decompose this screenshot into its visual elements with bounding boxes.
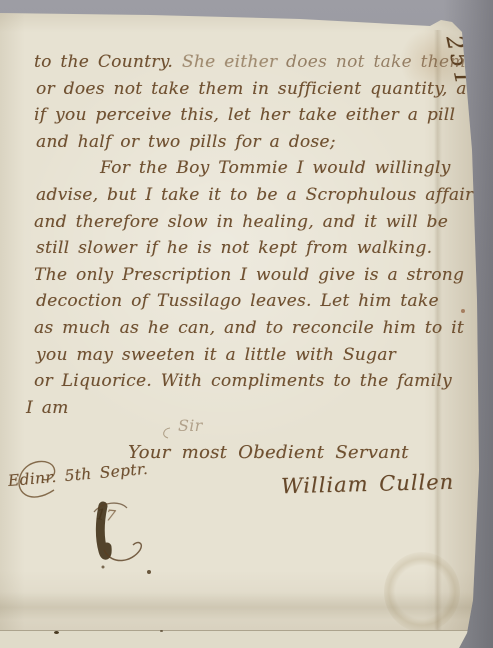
salutation: Sir [178, 416, 203, 435]
body-line: still slower if he is not kept from walk… [36, 235, 446, 262]
salutation-flourish [164, 428, 170, 438]
letter-body: to the Country. She either does not take… [34, 49, 446, 395]
body-line: or does not take them in sufficient quan… [36, 76, 446, 103]
line-fragment: does not take them at all [286, 52, 493, 72]
ink-speck [54, 631, 59, 634]
page-edge-seam [0, 630, 470, 648]
body-line: to the Country. She either does not take… [34, 49, 446, 76]
ink-drip [102, 566, 105, 569]
faded-line-fragment: She either [182, 52, 286, 72]
line-fragment: to the Country. [34, 52, 182, 72]
year-fragment: 17 [95, 505, 116, 525]
photo-backdrop: 251 to the Country. She either does not … [0, 0, 493, 648]
i-am-line: I am [26, 398, 69, 418]
rust-speck [461, 309, 465, 313]
body-line: if you perceive this, let her take eithe… [34, 102, 446, 129]
body-line: you may sweeten it a little with Sugar [36, 342, 446, 369]
body-line: and half or two pills for a dose; [36, 129, 446, 156]
body-line: advise, but I take it to be a Scrophulou… [36, 182, 446, 209]
body-line: or Liquorice. With compliments to the fa… [34, 368, 446, 395]
body-line: decoction of Tussilago leaves. Let him t… [36, 288, 446, 315]
signature-william-cullen: William Cullen [281, 470, 455, 499]
ink-drip [147, 570, 151, 574]
body-line: as much as he can, and to reconcile him … [34, 315, 446, 342]
ink-speck [160, 630, 163, 632]
body-line: The only Prescription I would give is a … [34, 262, 446, 289]
dateline: Edinr. 5th Septr. [7, 460, 148, 490]
valediction: Your most Obedient Servant [128, 442, 409, 463]
body-line: For the Boy Tommie I would willingly [100, 155, 446, 182]
manuscript-page: 251 to the Country. She either does not … [0, 0, 493, 648]
bottom-fold-shadow [0, 592, 479, 620]
body-line: and therefore slow in healing, and it wi… [34, 209, 446, 236]
year-flourish [104, 543, 141, 561]
